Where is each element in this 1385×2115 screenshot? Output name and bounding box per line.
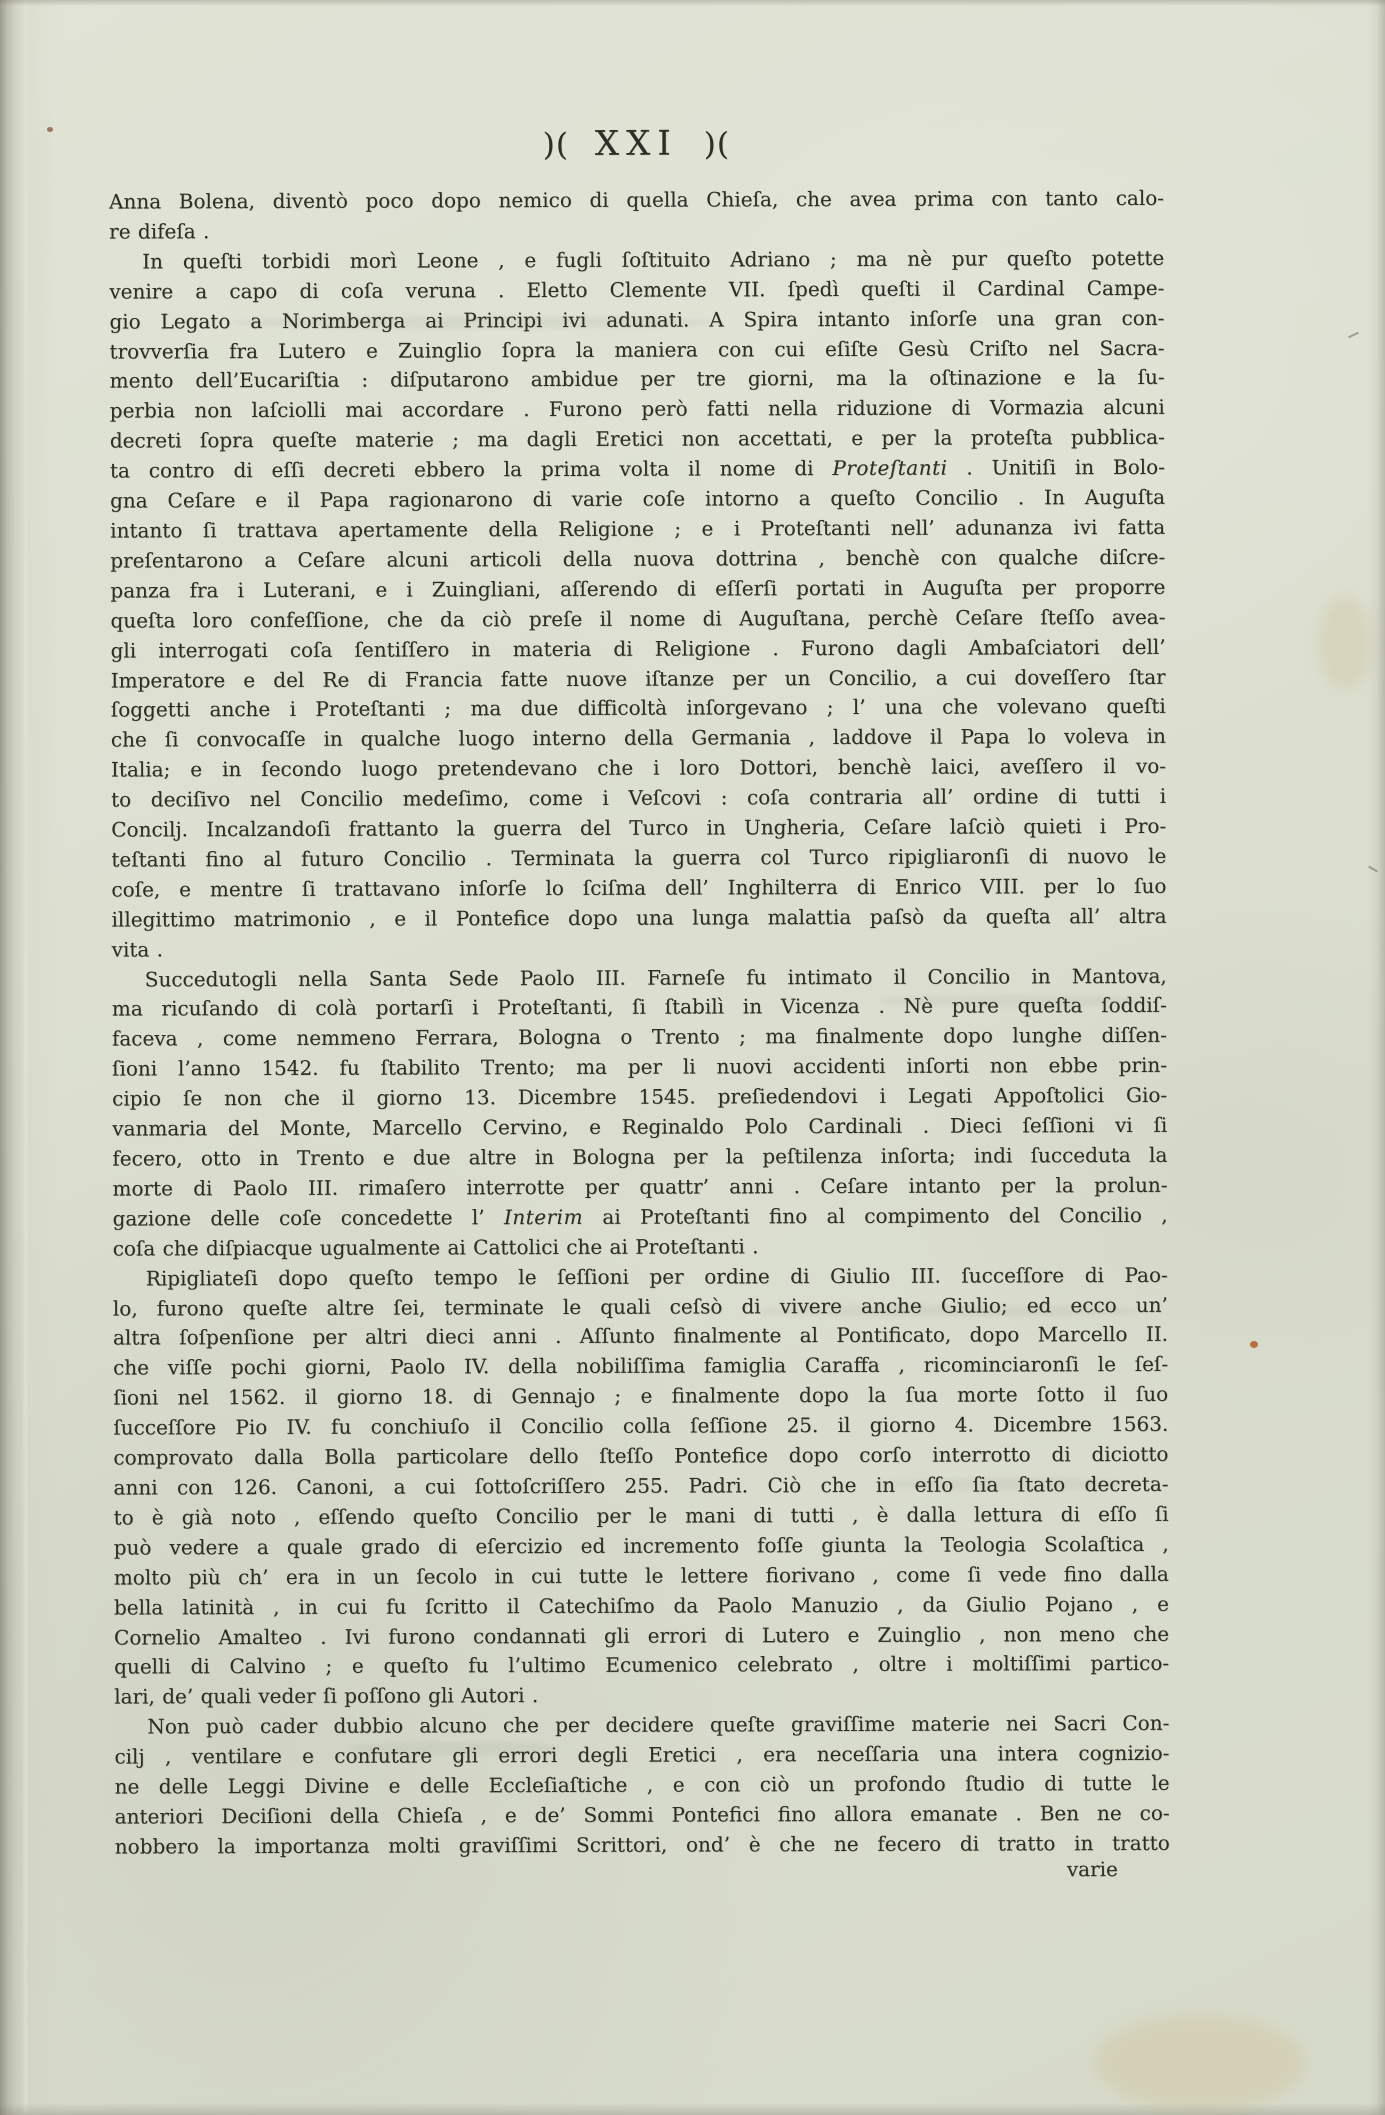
binding-fold [24,0,27,2115]
page-edge-top [0,0,1385,6]
text-line: perbia non laſciolli mai accordare . Fur… [110,393,1165,427]
text-line: fecero, otto in Trento e due altre in Bo… [112,1141,1167,1175]
text-line: gna Ceſare e il Papa ragionarono di vari… [110,483,1165,517]
scanned-book-page: { "colors": { "paper": "#dcdfd0", "ink":… [0,0,1385,2115]
text-line: altra ſoſpenſione per altri dieci anni .… [113,1320,1168,1354]
text-line: Cornelio Amalteo . Ivi furono condannati… [114,1619,1169,1653]
text-line: faceva , come nemmeno Ferrara, Bologna o… [112,1021,1167,1055]
text-line: coſa che diſpiacque ugualmente ai Cattol… [113,1231,1168,1265]
text-line: ta contro di eſſi decreti ebbero la prim… [110,453,1165,487]
text-line: preſentarono a Ceſare alcuni articoli de… [110,543,1165,577]
text-line: anteriori Deciſioni della Chieſa , e de’… [115,1799,1170,1833]
text-line: ſucceſſore Pio IV. fu conchiuſo il Conci… [113,1410,1168,1444]
text-line: Italia; e in ſecondo luogo pretendevano … [111,752,1166,786]
text-line: lari, de’ quali veder ſi poſſono gli Aut… [114,1679,1169,1713]
text-line: Succedutogli nella Santa Sede Paolo III.… [112,961,1167,995]
text-line: Anna Bolena, diventò poco dopo nemico di… [109,184,1164,218]
text-line: teſtanti fino al futuro Concilio . Termi… [111,842,1166,876]
text-line: Concilj. Incalzandoſi frattanto la guerr… [111,812,1166,846]
text-line: venire a capo di coſa veruna . Eletto Cl… [109,274,1164,308]
page-sheet: )(XXI)( Anna Bolena, diventò poco dopo n… [0,0,1385,2115]
text-line: decreti ſopra queſte materie ; ma dagli … [110,423,1165,457]
catchword: varie [115,1857,1170,1885]
header-ornament-right: )( [704,126,730,162]
text-line: queſta loro confeſſione, che da ciò preſ… [110,603,1165,637]
text-line: Non può cader dubbio alcuno che per deci… [114,1709,1169,1743]
page-edge-bottom [0,2103,1385,2115]
text-line: to è già noto , eſſendo queſto Concilio … [114,1500,1169,1534]
text-line: può vedere a quale grado di eſercizio ed… [114,1530,1169,1564]
text-line: re difeſa . [109,214,1164,248]
text-line: Ripigliateſi dopo queſto tempo le ſeſſio… [113,1260,1168,1294]
text-line: ſioni l’anno 1542. fu ſtabilito Trento; … [112,1051,1167,1085]
text-block: Anna Bolena, diventò poco dopo nemico di… [109,184,1170,1862]
text-line: gazione delle coſe concedette l’ Interim… [113,1201,1168,1235]
text-line: che ſi convocaſſe in qualche luogo inter… [111,722,1166,756]
text-line: ma ricuſando di colà portarſi i Proteſta… [112,991,1167,1025]
text-line: vita . [112,932,1167,966]
text-line: che viſſe pochi giorni, Paolo IV. della … [113,1350,1168,1384]
text-line: mento dell’Eucariſtia : diſputarono ambi… [110,363,1165,397]
text-line: gli interrogati coſa ſentiſſero in mater… [111,632,1166,666]
text-line: vanmaria del Monte, Marcello Cervino, e … [112,1111,1167,1145]
text-line: ſoggetti anche i Proteſtanti ; ma due di… [111,692,1166,726]
text-line: In queſti torbidi morì Leone , e fugli ſ… [109,244,1164,278]
text-line: lo, furono queſte altre ſei, terminate l… [113,1290,1168,1324]
page-edge-right [1367,0,1385,2115]
text-line: morte di Paolo III. rimaſero interrotte … [112,1171,1167,1205]
text-line: illegittimo matrimonio , e il Pontefice … [111,902,1166,936]
text-line: ne delle Leggi Divine e delle Eccleſiaſt… [114,1769,1169,1803]
text-line: bella latinità , in cui fu ſcritto il Ca… [114,1589,1169,1623]
text-line: quelli di Calvino ; e queſto fu l’ultimo… [114,1649,1169,1683]
text-line: trovverſia fra Lutero e Zuinglio ſopra l… [109,333,1164,367]
text-line: comprovato dalla Bolla particolare dello… [113,1440,1168,1474]
text-line: cilj , ventilare e confutare gli errori … [114,1739,1169,1773]
text-line: ſioni nel 1562. il giorno 18. di Gennajo… [113,1380,1168,1414]
text-line: coſe, e mentre ſi trattavano inſorſe lo … [111,872,1166,906]
page-number-header: )(XXI)( [109,122,1164,166]
text-line: panza fra i Luterani, e i Zuingliani, aſ… [110,573,1165,607]
header-ornament-left: )( [543,127,569,163]
text-line: gio Legato a Norimberga ai Principi ivi … [109,303,1164,337]
text-line: Imperatore e del Re di Francia fatte nuo… [111,662,1166,696]
text-line: molto più ch’ era in un ſecolo in cui tu… [114,1560,1169,1594]
text-line: to deciſivo nel Concilio medeſimo, come … [111,782,1166,816]
page-number: XXI [595,124,678,164]
text-line: anni con 126. Canoni, a cui ſottoſcriſſe… [113,1470,1168,1504]
text-line: cipio ſe non che il giorno 13. Dicembre … [112,1081,1167,1115]
text-line: intanto ſi trattava apertamente della Re… [110,513,1165,547]
